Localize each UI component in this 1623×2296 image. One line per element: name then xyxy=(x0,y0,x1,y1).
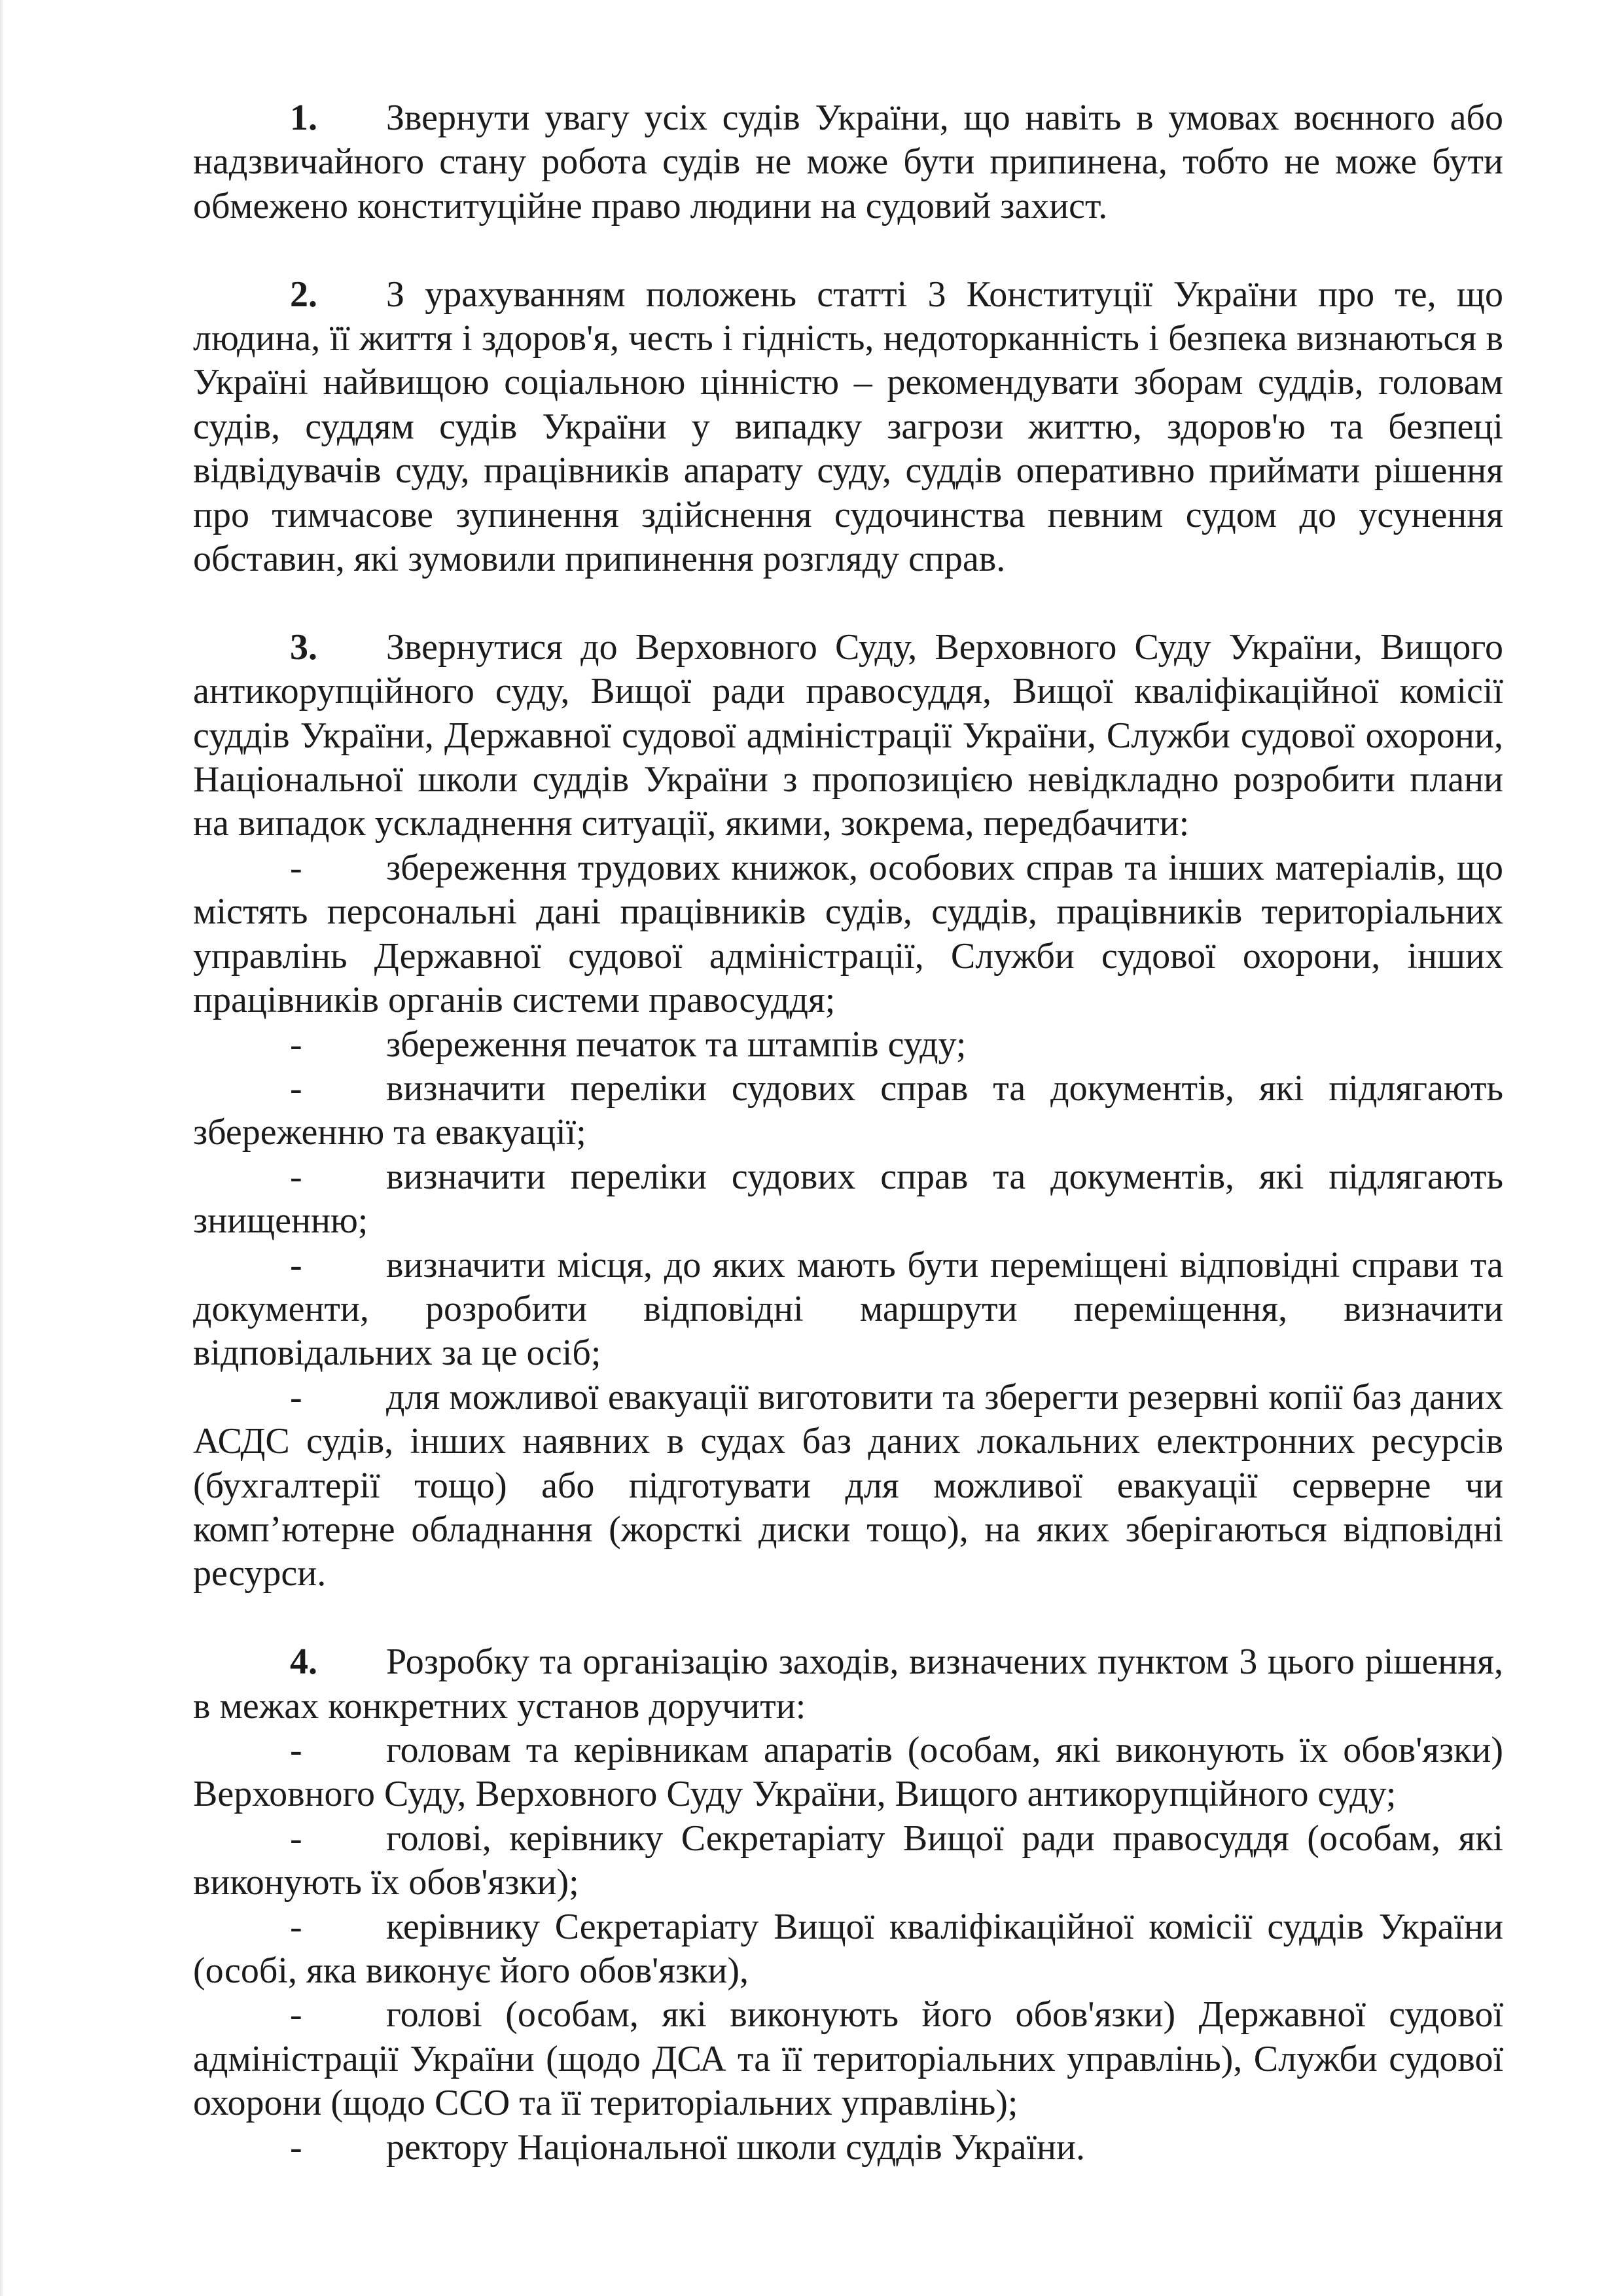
list-item: -визначити місця, до яких мають бути пер… xyxy=(193,1244,1503,1376)
list-item-text: збереження трудових книжок, особових спр… xyxy=(193,848,1503,1020)
dash-bullet-icon: - xyxy=(290,1067,386,1111)
paragraph-3-text-block: 3.Звернутися до Верховного Суду, Верховн… xyxy=(193,626,1503,846)
dash-bullet-icon: - xyxy=(290,1155,386,1199)
dash-bullet-icon: - xyxy=(290,1376,386,1420)
list-item-text: для можливої евакуації виготовити та збе… xyxy=(193,1377,1503,1594)
list-item-text: збереження печаток та штампів суду; xyxy=(386,1024,966,1065)
paragraph-text: Звернутися до Верховного Суду, Верховног… xyxy=(193,627,1503,844)
paragraph-text: Розробку та організацію заходів, визначе… xyxy=(193,1641,1503,1726)
list-item-text: визначити місця, до яких мають бути пере… xyxy=(193,1245,1503,1374)
list-item: -збереження трудових книжок, особових сп… xyxy=(193,846,1503,1023)
list-item: -голові (особам, які виконують його обов… xyxy=(193,1993,1503,2125)
document-page: 1.Звернути увагу усіх судів України, що … xyxy=(193,96,1503,2214)
dash-bullet-icon: - xyxy=(290,1729,386,1772)
paragraph-number: 3. xyxy=(290,626,386,670)
dash-bullet-icon: - xyxy=(290,1023,386,1067)
paragraph-number: 1. xyxy=(290,96,386,140)
list-item: -визначити переліки судових справ та док… xyxy=(193,1067,1503,1155)
list-item-text: визначити переліки судових справ та доку… xyxy=(193,1068,1503,1153)
dash-bullet-icon: - xyxy=(290,1817,386,1861)
dash-bullet-icon: - xyxy=(290,2126,386,2170)
paragraph-text: Звернути увагу усіх судів України, що на… xyxy=(193,98,1503,226)
scan-edge-shadow xyxy=(0,0,3,2296)
list-item-text: керівнику Секретаріату Вищої кваліфікаці… xyxy=(193,1907,1503,1991)
paragraph-text: З урахуванням положень статті 3 Конститу… xyxy=(193,274,1503,579)
paragraph-3: 3.Звернутися до Верховного Суду, Верховн… xyxy=(193,626,1503,1596)
list-item-text: голові (особам, які виконують його обов'… xyxy=(193,1994,1503,2123)
dash-bullet-icon: - xyxy=(290,1905,386,1949)
list-item: -головам та керівникам апаратів (особам,… xyxy=(193,1729,1503,1817)
list-item: -для можливої евакуації виготовити та зб… xyxy=(193,1376,1503,1596)
paragraph-1-text-block: 1.Звернути увагу усіх судів України, що … xyxy=(193,96,1503,228)
dash-bullet-icon: - xyxy=(290,846,386,890)
paragraph-4: 4.Розробку та організацію заходів, визна… xyxy=(193,1640,1503,2170)
list-item: -визначити переліки судових справ та док… xyxy=(193,1155,1503,1244)
list-item-text: ректору Національної школи суддів Україн… xyxy=(386,2127,1085,2168)
list-item: -керівнику Секретаріату Вищої кваліфікац… xyxy=(193,1905,1503,1994)
list-item: -голові, керівнику Секретаріату Вищої ра… xyxy=(193,1817,1503,1905)
list-item: -збереження печаток та штампів суду; xyxy=(193,1023,1503,1067)
list-item-text: головам та керівникам апаратів (особам, … xyxy=(193,1730,1503,1814)
dash-bullet-icon: - xyxy=(290,1244,386,1287)
paragraph-2-text-block: 2.З урахуванням положень статті 3 Консти… xyxy=(193,273,1503,582)
paragraph-4-text-block: 4.Розробку та організацію заходів, визна… xyxy=(193,1640,1503,1729)
list-item: -ректору Національної школи суддів Украї… xyxy=(193,2126,1503,2170)
list-item-text: визначити переліки судових справ та доку… xyxy=(193,1157,1503,1241)
dash-bullet-icon: - xyxy=(290,1993,386,2037)
paragraph-1: 1.Звернути увагу усіх судів України, що … xyxy=(193,96,1503,228)
paragraph-number: 2. xyxy=(290,273,386,317)
paragraph-2: 2.З урахуванням положень статті 3 Консти… xyxy=(193,273,1503,582)
paragraph-number: 4. xyxy=(290,1640,386,1684)
list-item-text: голові, керівнику Секретаріату Вищої рад… xyxy=(193,1818,1503,1903)
